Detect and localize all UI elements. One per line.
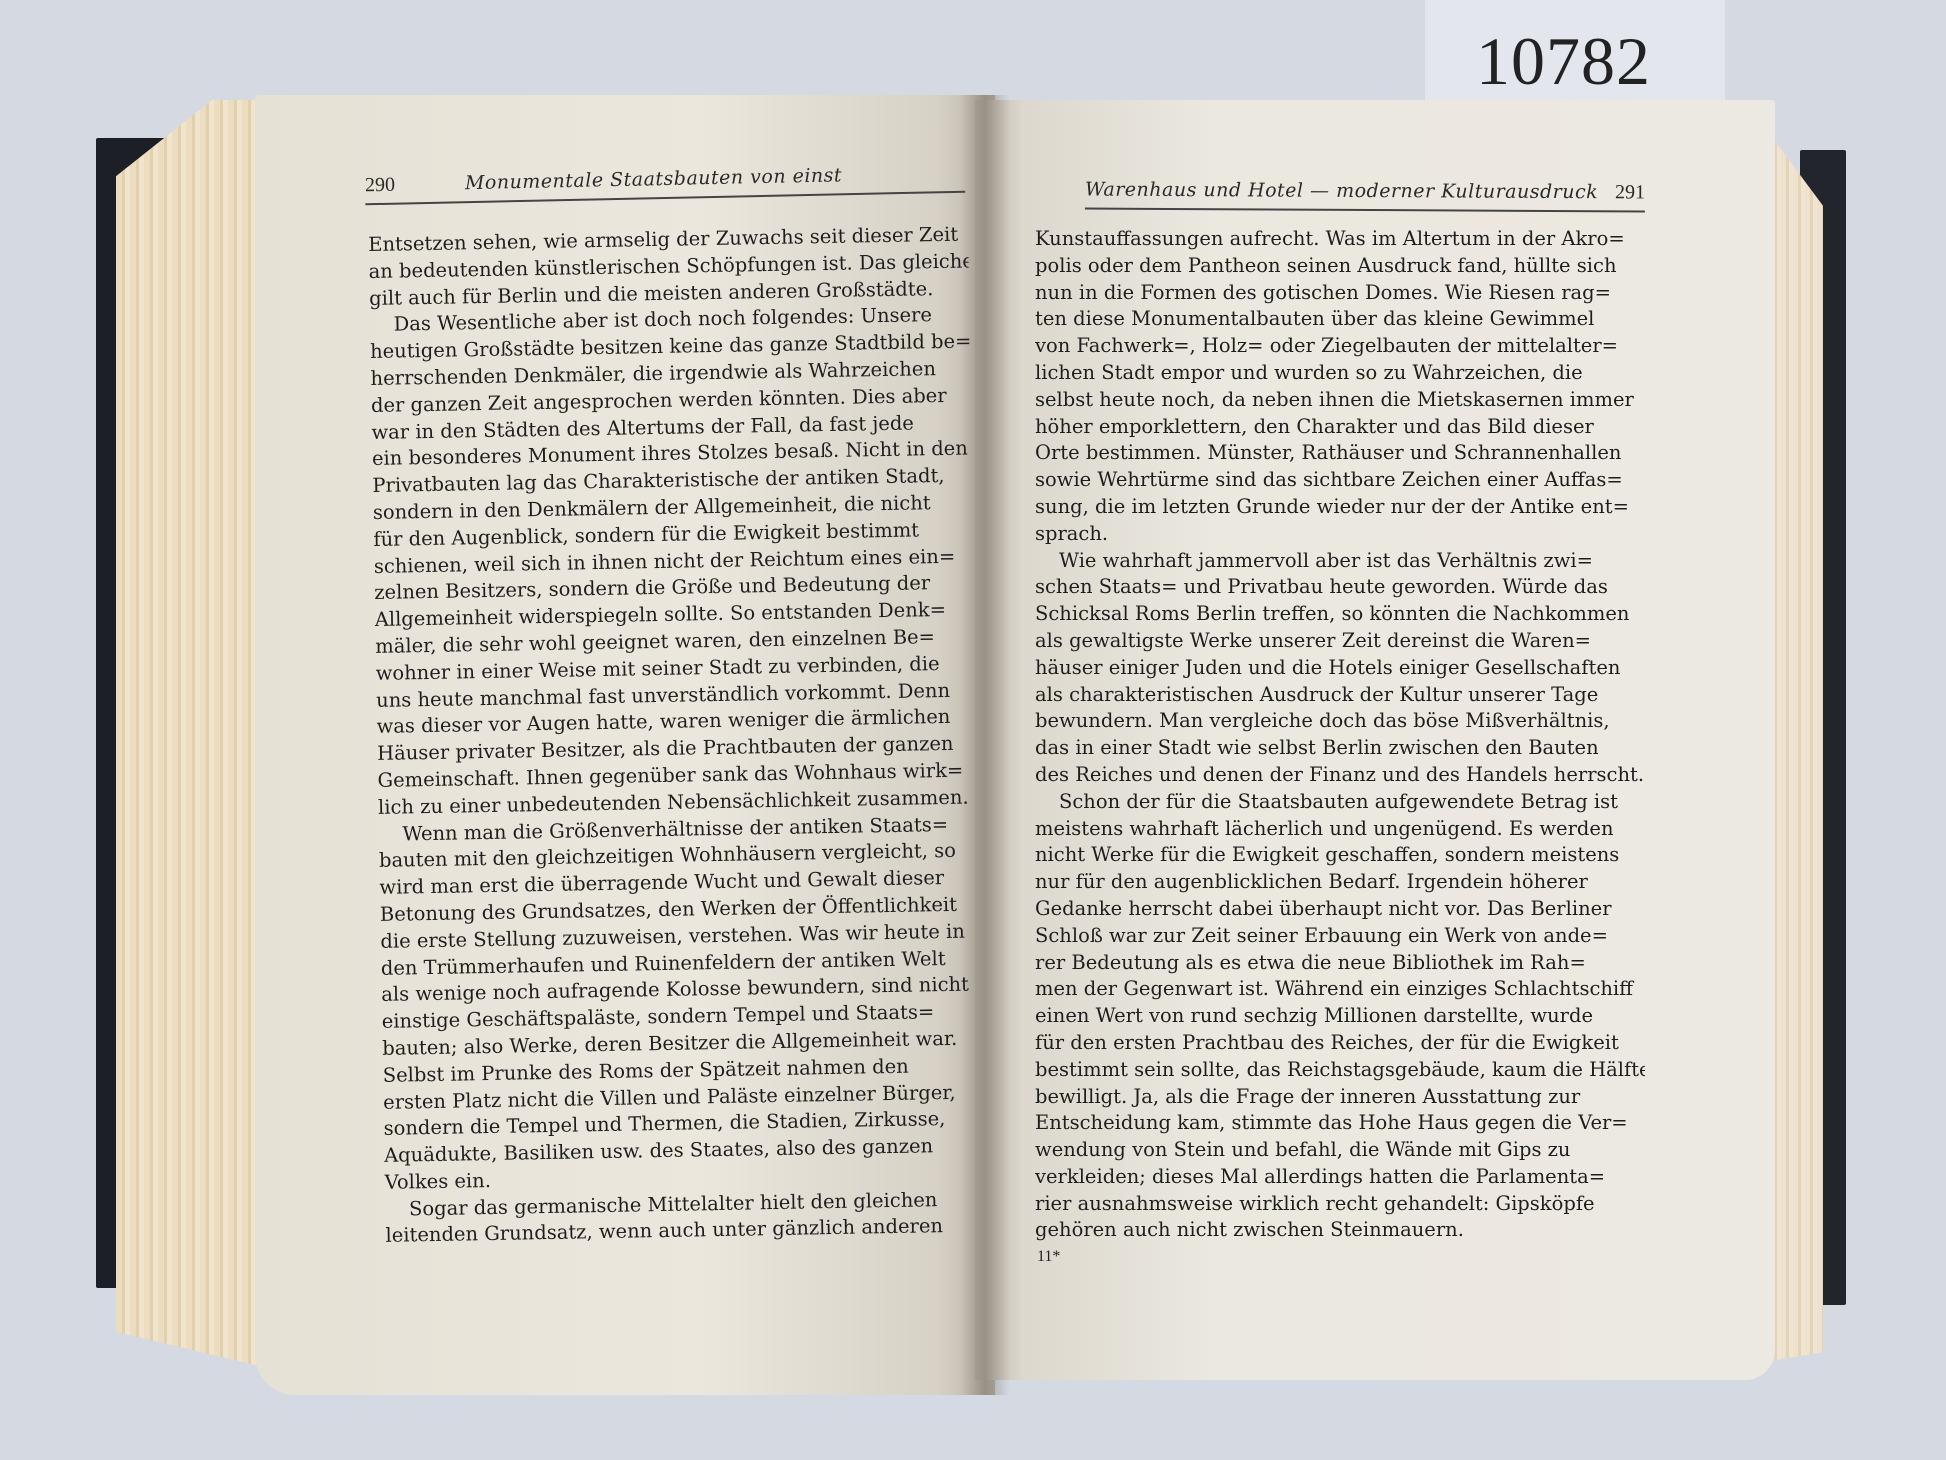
text-line: bewundern. Man vergleiche doch das böse …	[1035, 708, 1645, 735]
text-line: Schloß war zur Zeit seiner Erbauung ein …	[1035, 923, 1645, 950]
text-line: für den ersten Prachtbau des Reiches, de…	[1035, 1030, 1645, 1057]
text-line: verkleiden; dieses Mal allerdings hatten…	[1035, 1164, 1645, 1191]
text-line: Entscheidung kam, stimmte das Hohe Haus …	[1035, 1110, 1645, 1137]
text-line: Schon der für die Staatsbauten aufgewend…	[1035, 789, 1645, 816]
text-line: rier ausnahmsweise wirklich recht gehand…	[1035, 1191, 1645, 1218]
text-line: wendung von Stein und befahl, die Wände …	[1035, 1137, 1645, 1164]
text-line: Schicksal Roms Berlin treffen, so könnte…	[1035, 601, 1645, 628]
text-line: sowie Wehrtürme sind das sichtbare Zeich…	[1035, 467, 1645, 494]
signature-mark: 11*	[1037, 1248, 1060, 1266]
text-line: als charakteristischen Ausdruck der Kult…	[1035, 682, 1645, 709]
text-line: men der Gegenwart ist. Während ein einzi…	[1035, 976, 1645, 1003]
right-page-number: 291	[1615, 181, 1645, 204]
text-line: des Reiches und denen der Finanz und des…	[1035, 762, 1645, 789]
text-line: sung, die im letzten Grunde wieder nur d…	[1035, 494, 1645, 521]
text-line: polis oder dem Pantheon seinen Ausdruck …	[1035, 253, 1645, 280]
text-line: von Fachwerk=, Holz= oder Ziegelbauten d…	[1035, 333, 1645, 360]
text-line: gehören auch nicht zwischen Steinmauern.	[1035, 1217, 1645, 1244]
text-line: Kunstauffassungen aufrecht. Was im Alter…	[1035, 226, 1645, 253]
text-line: ten diese Monumentalbauten über das klei…	[1035, 306, 1645, 333]
right-page-body: Kunstauffassungen aufrecht. Was im Alter…	[1035, 226, 1645, 1244]
text-line: nur für den augenblicklichen Bedarf. Irg…	[1035, 869, 1645, 896]
text-line: Wie wahrhaft jammervoll aber ist das Ver…	[1035, 548, 1645, 575]
text-line: selbst heute noch, da neben ihnen die Mi…	[1035, 387, 1645, 414]
left-page-number: 290	[365, 174, 395, 198]
right-running-title: Warenhaus und Hotel — moderner Kulturaus…	[1085, 179, 1615, 204]
text-line: nicht Werke für die Ewigkeit geschaffen,…	[1035, 842, 1645, 869]
text-line: als gewaltigste Werke unserer Zeit derei…	[1035, 628, 1645, 655]
right-page-header: Warenhaus und Hotel — moderner Kulturaus…	[1085, 179, 1645, 213]
text-line: schen Staats= und Privatbau heute geword…	[1035, 574, 1645, 601]
left-page-body: Entsetzen sehen, wie armselig der Zuwach…	[368, 222, 986, 1251]
text-line: Orte bestimmen. Münster, Rathäuser und S…	[1035, 440, 1645, 467]
text-line: bewilligt. Ja, als die Frage der inneren…	[1035, 1084, 1645, 1111]
inventory-number: 10782	[1476, 22, 1651, 101]
text-line: häuser einiger Juden und die Hotels eini…	[1035, 655, 1645, 682]
text-line: Gedanke herrscht dabei überhaupt nicht v…	[1035, 896, 1645, 923]
text-line: bestimmt sein sollte, das Reichstagsgebä…	[1035, 1057, 1645, 1084]
text-line: nun in die Formen des gotischen Domes. W…	[1035, 280, 1645, 307]
text-line: rer Bedeutung als es etwa die neue Bibli…	[1035, 950, 1645, 977]
text-line: das in einer Stadt wie selbst Berlin zwi…	[1035, 735, 1645, 762]
text-line: sprach.	[1035, 521, 1645, 548]
text-line: einen Wert von rund sechzig Millionen da…	[1035, 1003, 1645, 1030]
page-block-edge-left	[116, 100, 276, 1370]
text-line: meistens wahrhaft lächerlich und ungenüg…	[1035, 816, 1645, 843]
text-line: höher emporklettern, den Charakter und d…	[1035, 414, 1645, 441]
text-line: lichen Stadt empor und wurden so zu Wahr…	[1035, 360, 1645, 387]
